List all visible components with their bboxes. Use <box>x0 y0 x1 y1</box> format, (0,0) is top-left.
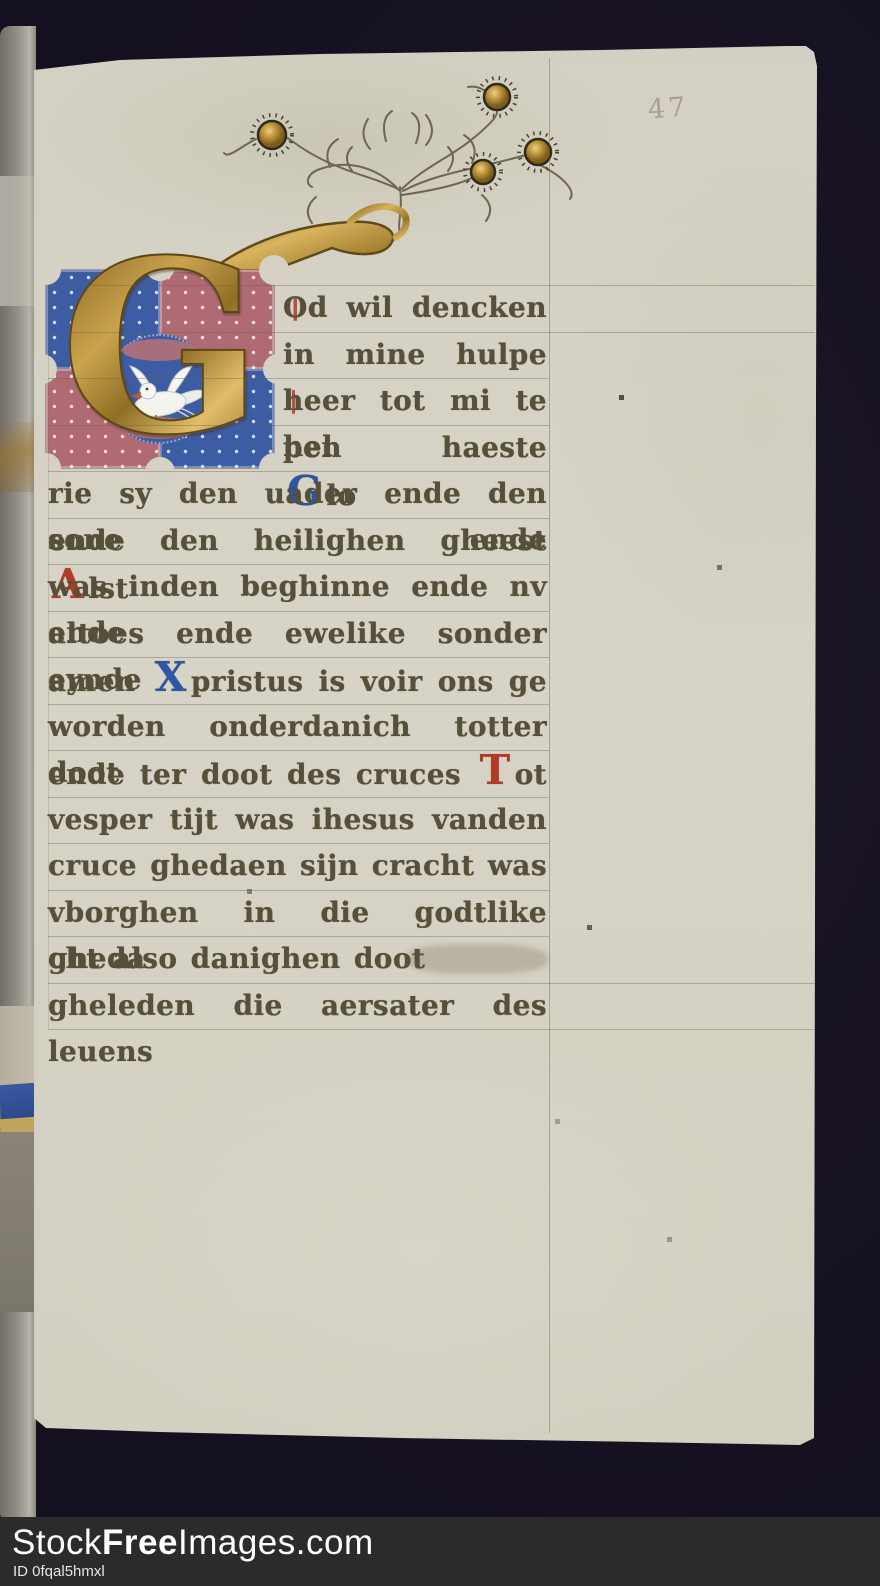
manuscript-text-line: vesper tijt was ihesus vanden <box>48 797 547 844</box>
stock-photo-frame: G 47 Od wil denckenin mine hulpeheer tot… <box>0 0 880 1586</box>
facing-page-blue-border <box>0 1083 37 1121</box>
folio-number: 47 <box>647 90 719 126</box>
gold-bezant <box>519 133 557 171</box>
watermark-bar: StockFreeImages.com ID 0fqal5hmxl <box>0 1517 880 1586</box>
text-segment: pristus is voir ons ge <box>191 665 547 698</box>
text-segment: in mine hulpe <box>283 338 547 371</box>
illuminated-capital: X <box>151 653 191 701</box>
manuscript-text-line: in mine hulpe <box>283 332 547 379</box>
book-binding-edge <box>0 26 36 1518</box>
brand-bold: Free <box>102 1523 178 1562</box>
illuminated-capital: T <box>476 746 515 794</box>
manuscript-text-line: cruce ghedaen sijn cracht was <box>48 843 547 890</box>
text-segment: ot <box>515 758 547 791</box>
manuscript-text-line: rie sy den uader ende den sone ende <box>48 471 547 518</box>
gold-bezant <box>465 154 501 190</box>
manuscript-text-line: amen Xpristus is voir ons ge <box>48 657 547 704</box>
gold-bezant <box>252 115 292 155</box>
text-segment: ende ter doot des cruces <box>48 758 476 791</box>
photo-id-label: ID 0fqal5hmxl <box>13 1563 105 1580</box>
corner-cusp <box>31 255 61 285</box>
manuscript-text-line: ende ter doot des cruces Tot <box>48 750 547 797</box>
facing-page-gold-smudge <box>0 422 36 492</box>
text-segment: vesper tijt was ihesus vanden <box>48 803 547 836</box>
column-boundary-line <box>549 58 550 1433</box>
text-segment: pen haeste <box>283 431 547 464</box>
facing-page-shadow <box>0 1132 36 1312</box>
manuscript-text-line: altoes ende ewelike sonder eynde <box>48 611 547 658</box>
illuminated-initial-G: G <box>46 270 274 468</box>
text-segment: ende den heilighen gheest <box>48 524 547 557</box>
manuscript-text-line: heer tot mi te hel <box>283 378 547 425</box>
manuscript-text-line: vborghen in die godtlike gheda <box>48 890 547 937</box>
manuscript-text-line: cht also danighen doot <box>48 936 547 983</box>
corner-cusp <box>259 255 289 285</box>
text-segment: O <box>283 291 308 324</box>
manuscript-text-line: pen haeste Glo <box>283 425 547 472</box>
text-segment: d wil dencken <box>308 291 547 324</box>
brand-pre: Stock <box>12 1523 102 1562</box>
manuscript-text-line: worden onderdanich totter doot <box>48 704 547 751</box>
manuscript-text-line: ende den heilighen gheest Alst <box>48 518 547 565</box>
text-segment: amen <box>48 665 151 698</box>
brand-post: Images.com <box>178 1523 374 1562</box>
text-segment: cruce ghedaen sijn cracht was <box>48 849 547 882</box>
stockfreeimages-logo: StockFreeImages.com <box>12 1523 374 1563</box>
facing-page-tan-area <box>0 1006 36 1086</box>
facing-page-pale-area <box>0 176 36 306</box>
manuscript-text-line: Od wil dencken <box>283 285 547 332</box>
text-segment: gheleden die aersater des leuens <box>48 989 547 1068</box>
facing-page-gold-border <box>0 1117 36 1133</box>
gold-letter-G: G <box>60 230 263 468</box>
gold-bezant <box>478 78 516 116</box>
manuscript-page: G 47 Od wil denckenin mine hulpeheer tot… <box>0 0 880 1586</box>
text-segment: h <box>283 384 304 417</box>
manuscript-text-line: was inden beghinne ende nv ende <box>48 564 547 611</box>
text-segment: cht also danighen doot <box>48 942 425 975</box>
manuscript-text-line: gheleden die aersater des leuens <box>48 983 547 1030</box>
